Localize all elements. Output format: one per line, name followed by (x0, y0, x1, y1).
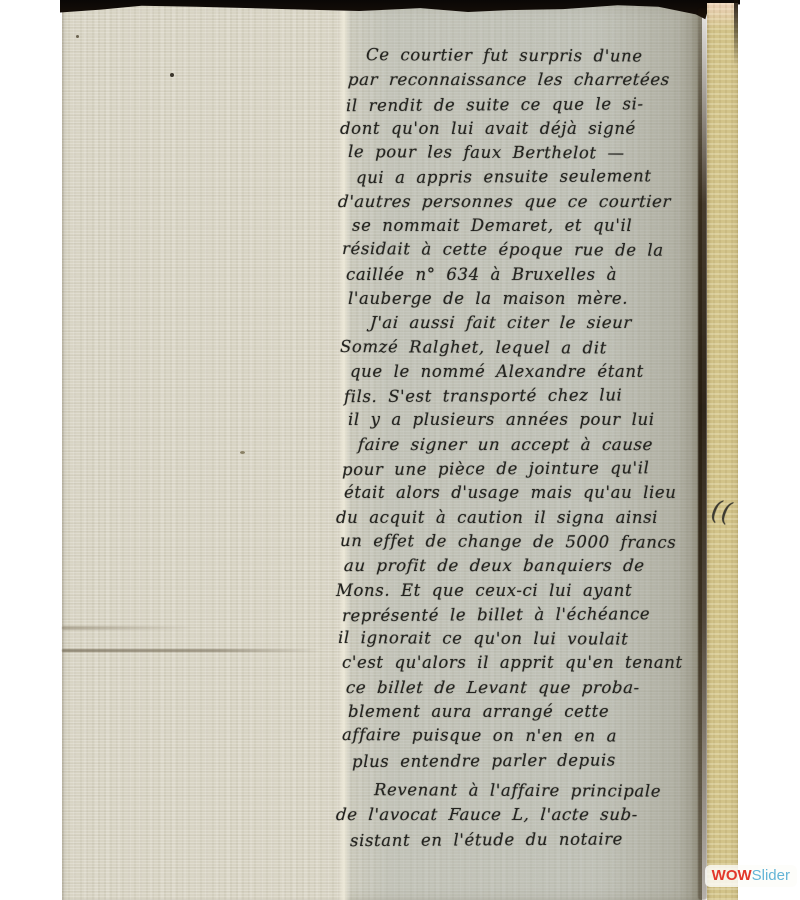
manuscript-text: Ce courtier fut surpris d'unepar reconna… (346, 44, 710, 852)
book-page-edges (707, 3, 738, 900)
paper-crease (62, 649, 320, 652)
manuscript-line: un effet de change de 5000 francs (340, 529, 710, 555)
wowslider-wow-label: WOW (712, 867, 752, 884)
manuscript-line: de l'avocat Fauce L, l'acte sub- (335, 803, 711, 827)
manuscript-line: il rendit de suite ce que le si- (346, 91, 710, 118)
manuscript-line: Ce courtier fut surpris d'une (366, 43, 710, 69)
manuscript-line: caillée n° 634 à Bruxelles à (346, 263, 710, 287)
manuscript-line: pour une pièce de jointure qu'il (342, 456, 710, 483)
manuscript-line: dont qu'on lui avait déjà signé (340, 117, 710, 141)
manuscript-line: d'autres personnes que ce courtier (337, 190, 711, 214)
manuscript-line: plus entendre parler depuis (352, 748, 710, 774)
wowslider-watermark[interactable]: WOWSlider (705, 865, 797, 887)
manuscript-line: Somzé Ralghet, lequel a dit (340, 335, 710, 361)
manuscript-line: il y a plusieurs années pour lui (348, 408, 710, 432)
wowslider-slider-label: Slider (752, 867, 790, 884)
manuscript-line: blement aura arrangé cette (348, 700, 710, 724)
manuscript-line: fils. S'est transporté chez lui (344, 383, 710, 410)
manuscript-line: se nommait Demaret, et qu'il (352, 214, 710, 238)
ink-speck (170, 73, 174, 77)
manuscript-line: par reconnaissance les charretées (347, 68, 711, 92)
manuscript-line: le pour les faux Berthelot — (348, 140, 710, 166)
manuscript-line: que le nommé Alexandre étant (350, 360, 710, 384)
manuscript-line: au profit de deux banquiers de (343, 554, 711, 578)
page-edge-shadow (734, 0, 738, 66)
manuscript-line: c'est qu'alors il apprit qu'en tenant (342, 651, 710, 675)
manuscript-line: affaire puisque on n'en en a (342, 723, 710, 749)
manuscript-line: sistant en l'étude du notaire (350, 826, 710, 852)
manuscript-line: il ignorait ce qu'on lui voulait (338, 626, 710, 652)
ink-speck (76, 35, 79, 38)
paper-crease (62, 626, 192, 630)
manuscript-line: Revenant à l'affaire principale (374, 778, 710, 804)
manuscript-line: J'ai aussi fait citer le sieur (369, 311, 711, 335)
ink-speck (240, 451, 245, 454)
manuscript-paragraph: Ce courtier fut surpris d'unepar reconna… (346, 44, 710, 773)
manuscript-line: Mons. Et que ceux-ci lui ayant (336, 579, 710, 603)
manuscript-line: faire signer un accept à cause (357, 433, 711, 457)
manuscript-line: était alors d'usage mais qu'au lieu (344, 481, 710, 505)
manuscript-line: qui a appris ensuite seulement (356, 164, 710, 190)
manuscript-paragraph: Revenant à l'affaire principalede l'avoc… (346, 779, 710, 852)
manuscript-line: représenté le billet à l'échéance (342, 602, 710, 629)
scanned-manuscript-photo: (( Ce courtier fut surpris d'unepar reco… (0, 0, 800, 900)
manuscript-line: résidait à cette époque rue de la (342, 237, 710, 263)
manuscript-line: l'auberge de la maison mère. (348, 287, 710, 311)
manuscript-line: du acquit à caution il signa ainsi (336, 506, 710, 530)
manuscript-line: ce billet de Levant que proba- (345, 676, 711, 700)
